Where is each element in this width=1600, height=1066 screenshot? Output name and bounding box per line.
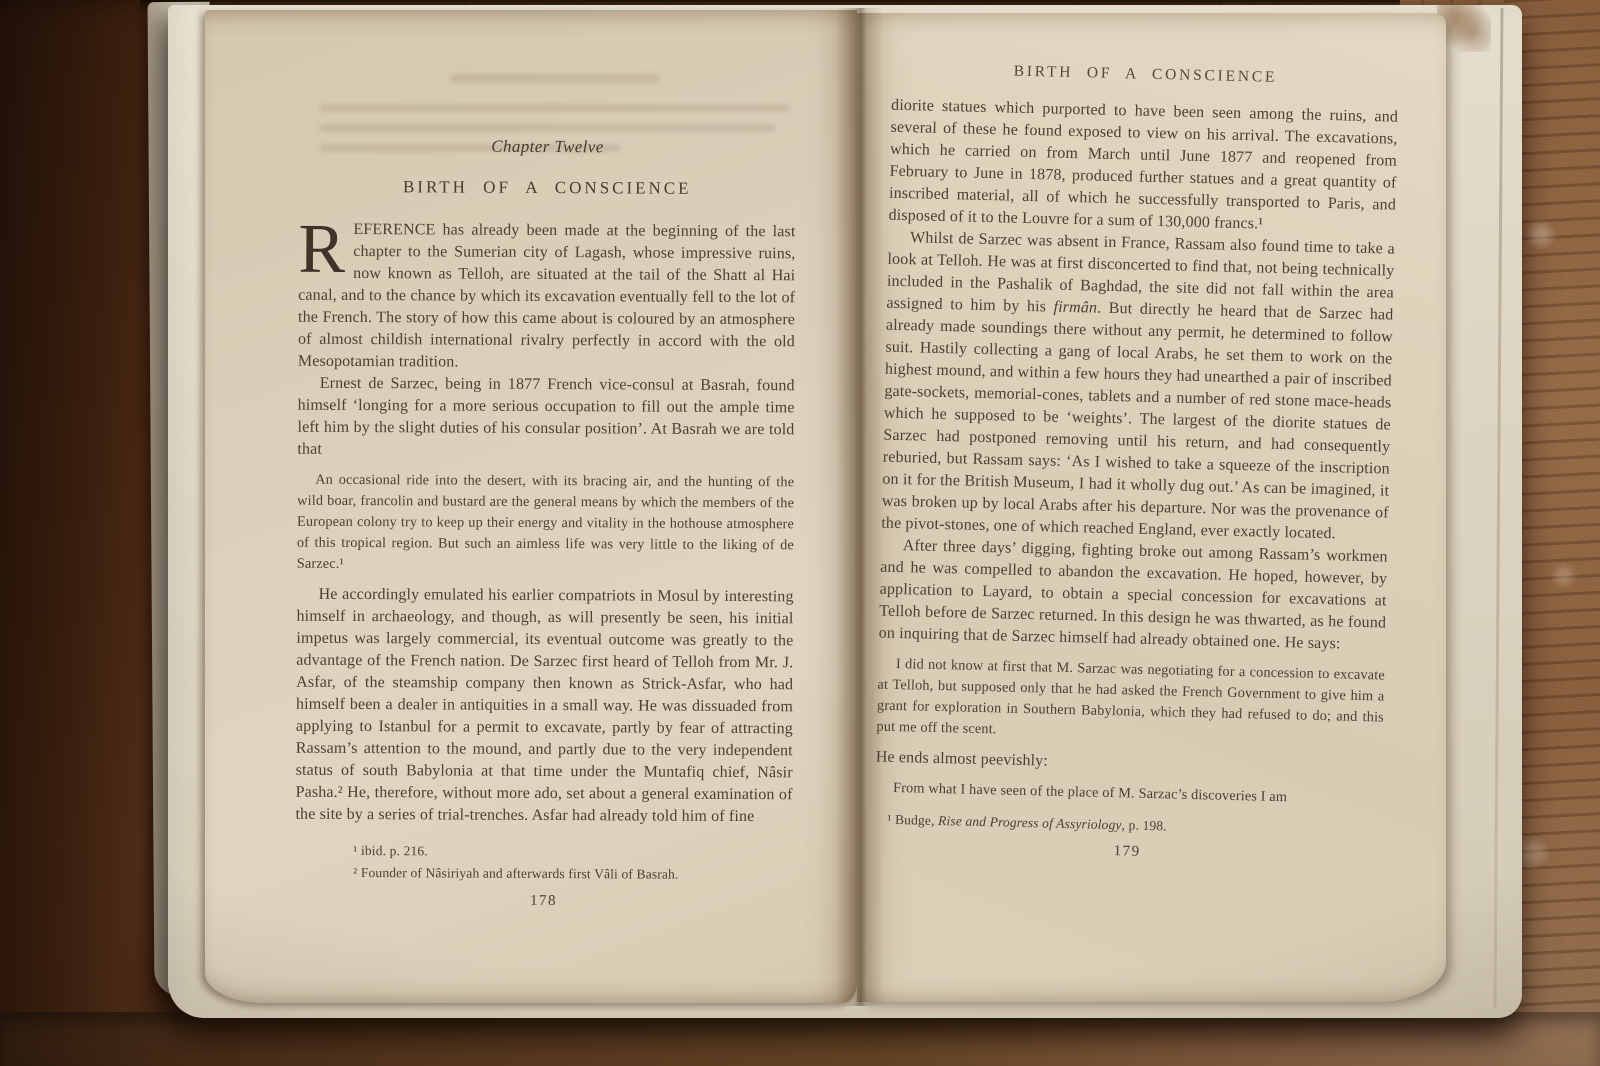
left-footnotes: ¹ ibid. p. 216. ² Founder of Nâsiriyah a… [295, 840, 792, 887]
footnote-budge-prefix: ¹ Budge, [887, 812, 938, 828]
footnote-book-title: Rise and Progress of Assyriology [938, 813, 1122, 832]
book-photo-scene: Chapter Twelve BIRTH OF A CONSCIENCE REF… [0, 0, 1600, 1066]
paragraph-emulated: He accordingly emulated his earlier comp… [295, 584, 793, 829]
chapter-title: BIRTH OF A CONSCIENCE [299, 176, 796, 201]
paragraph-reference-text: EFERENCE has already been made at the be… [298, 221, 796, 371]
wood-strip-bottom [0, 1012, 1600, 1066]
page-number-left: 178 [295, 889, 792, 914]
paragraph-ernest-de-sarzec: Ernest de Sarzec, being in 1877 French v… [297, 373, 794, 464]
italic-term-firman: firmân [1053, 299, 1097, 317]
paragraph-diorite-statues: diorite statues which purported to have … [888, 95, 1398, 239]
footnote-founder: ² Founder of Nâsiriyah and afterwards fi… [353, 862, 792, 886]
paragraph-whilst-text-b: . But directly he heard that de Sarzec h… [881, 300, 1393, 543]
paragraph-whilst-de-sarzec: Whilst de Sarzec was absent in France, R… [881, 227, 1395, 547]
drop-cap: R [298, 219, 353, 277]
right-page-text: BIRTH OF A CONSCIENCE diorite statues wh… [873, 58, 1399, 869]
left-page-text: Chapter Twelve BIRTH OF A CONSCIENCE REF… [295, 135, 796, 914]
footnote-budge-suffix: , p. 198. [1121, 817, 1167, 833]
chapter-heading: Chapter Twelve [299, 135, 796, 160]
block-quote-from-what: From what I have seen of the place of M.… [875, 778, 1382, 811]
block-quote-desert-ride: An occasional ride into the desert, with… [297, 470, 795, 578]
paragraph-after-three-days: After three days’ digging, fighting brok… [878, 535, 1387, 657]
block-quote-did-not-know: I did not know at first that M. Sarzac w… [876, 654, 1385, 750]
paragraph-reference: REFERENCE has already been made at the b… [298, 219, 796, 376]
paragraph-he-ends: He ends almost peevishly: [876, 747, 1383, 781]
footnote-ibid: ¹ ibid. p. 216. [353, 840, 792, 864]
